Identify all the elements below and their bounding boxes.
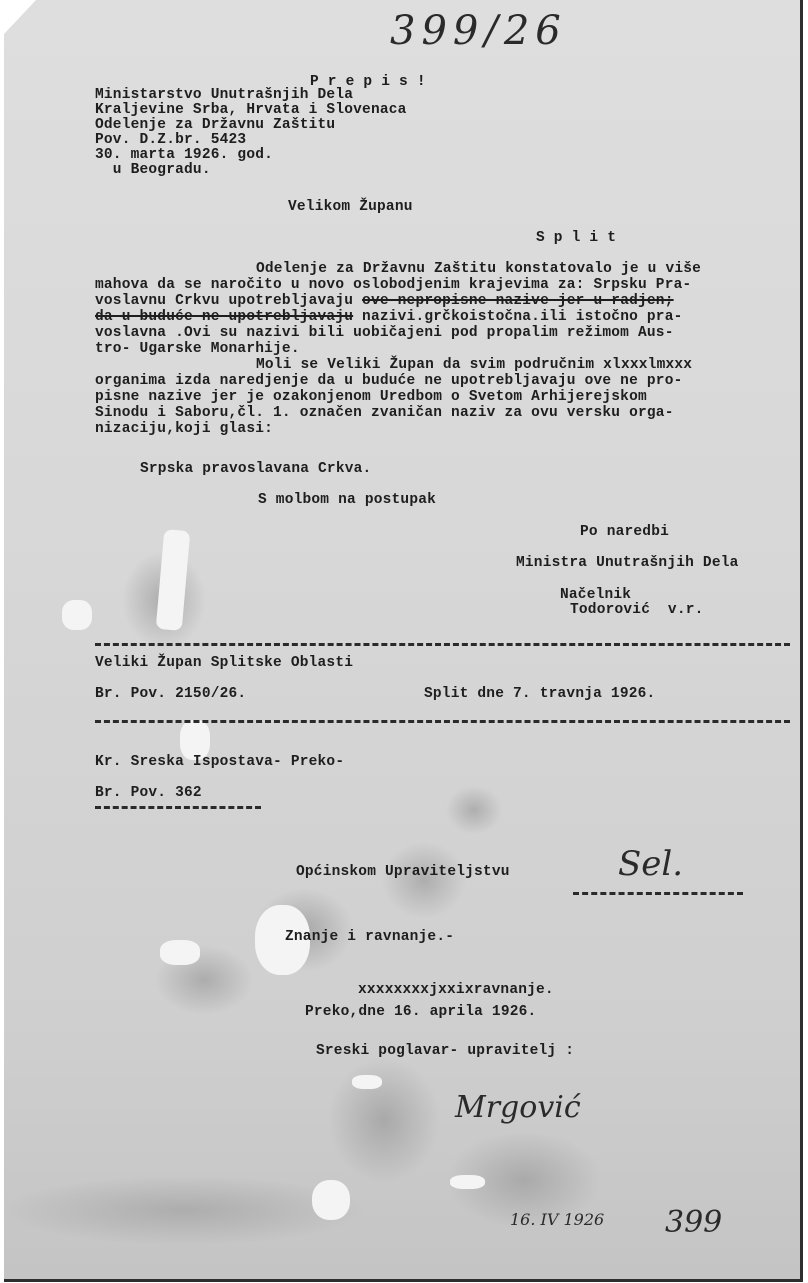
struck-text: da u buduće ne upotrebljavaju xyxy=(95,309,353,325)
place-date: Preko,dne 16. aprila 1926. xyxy=(305,1005,536,1021)
body-line: tro- Ugarske Monarhije. xyxy=(95,342,300,358)
handwritten-date: 16. IV 1926 xyxy=(510,1210,604,1229)
divider xyxy=(95,643,790,646)
overtyped-text: xxxxxxxxjxxixravnanje. xyxy=(358,983,554,999)
closing-line: S molbom na postupak xyxy=(258,493,436,509)
signature: Mrgović xyxy=(455,1090,581,1125)
divider xyxy=(95,720,790,723)
body-line: voslavnu Crkvu upotrebljavaju ove neprop… xyxy=(95,294,674,310)
divider xyxy=(573,892,743,895)
signature-line: Todorović v.r. xyxy=(570,603,704,619)
body-line: voslavna .Ovi su nazivi bili uobičajeni … xyxy=(95,326,674,342)
signature-line: Po naredbi xyxy=(580,525,669,541)
document-page xyxy=(4,0,803,1282)
body-text: voslavnu Crkvu upotrebljavaju xyxy=(95,293,362,309)
body-line: nizaciju,koji glasi: xyxy=(95,422,273,438)
body-line: mahova da se naročito u novo oslobodjeni… xyxy=(95,278,691,294)
addressee-city: S p l i t xyxy=(536,231,616,247)
file-number-bottom: 399 xyxy=(665,1205,722,1240)
recipient: Općinskom Upraviteljstvu xyxy=(296,865,510,881)
body-line: Moli se Veliki Župan da svim područnim x… xyxy=(256,358,692,374)
forwarding-date: Split dne 7. travnja 1926. xyxy=(424,687,655,703)
body-line: Sinodu i Saboru,čl. 1. označen zvaničan … xyxy=(95,406,674,422)
body-text: nazivi.grčkoistočna.ili istočno pra- xyxy=(353,309,682,325)
file-number-handwritten: 399/26 xyxy=(390,8,567,54)
signer-title: Sreski poglavar- upravitelj : xyxy=(316,1044,574,1060)
signature-line: Ministra Unutrašnjih Dela xyxy=(516,556,739,572)
divider xyxy=(95,806,261,809)
office-name: Kr. Sreska Ispostava- Preko- xyxy=(95,755,344,771)
body-line: da u buduće ne upotrebljavaju nazivi.grč… xyxy=(95,310,683,326)
body-line: organima izda naredjenje da u buduće ne … xyxy=(95,374,683,390)
forwarding-from: Veliki Župan Splitske Oblasti xyxy=(95,656,353,672)
body-line: pisne nazive jer je ozakonjenom Uredbom … xyxy=(95,390,647,406)
official-name: Srpska pravoslavana Crkva. xyxy=(140,462,371,478)
struck-text: ove nepropisne nazive jer u radjen; xyxy=(362,293,674,309)
instruction: Znanje i ravnanje.- xyxy=(285,930,454,946)
forwarding-ref: Br. Pov. 2150/26. xyxy=(95,687,246,703)
recipient-initials: Sel. xyxy=(618,844,683,884)
header-line: u Beogradu. xyxy=(95,163,211,179)
addressee: Velikom Županu xyxy=(288,200,413,216)
office-ref: Br. Pov. 362 xyxy=(95,786,202,802)
body-line: Odelenje za Državnu Zaštitu konstatovalo… xyxy=(256,262,701,278)
